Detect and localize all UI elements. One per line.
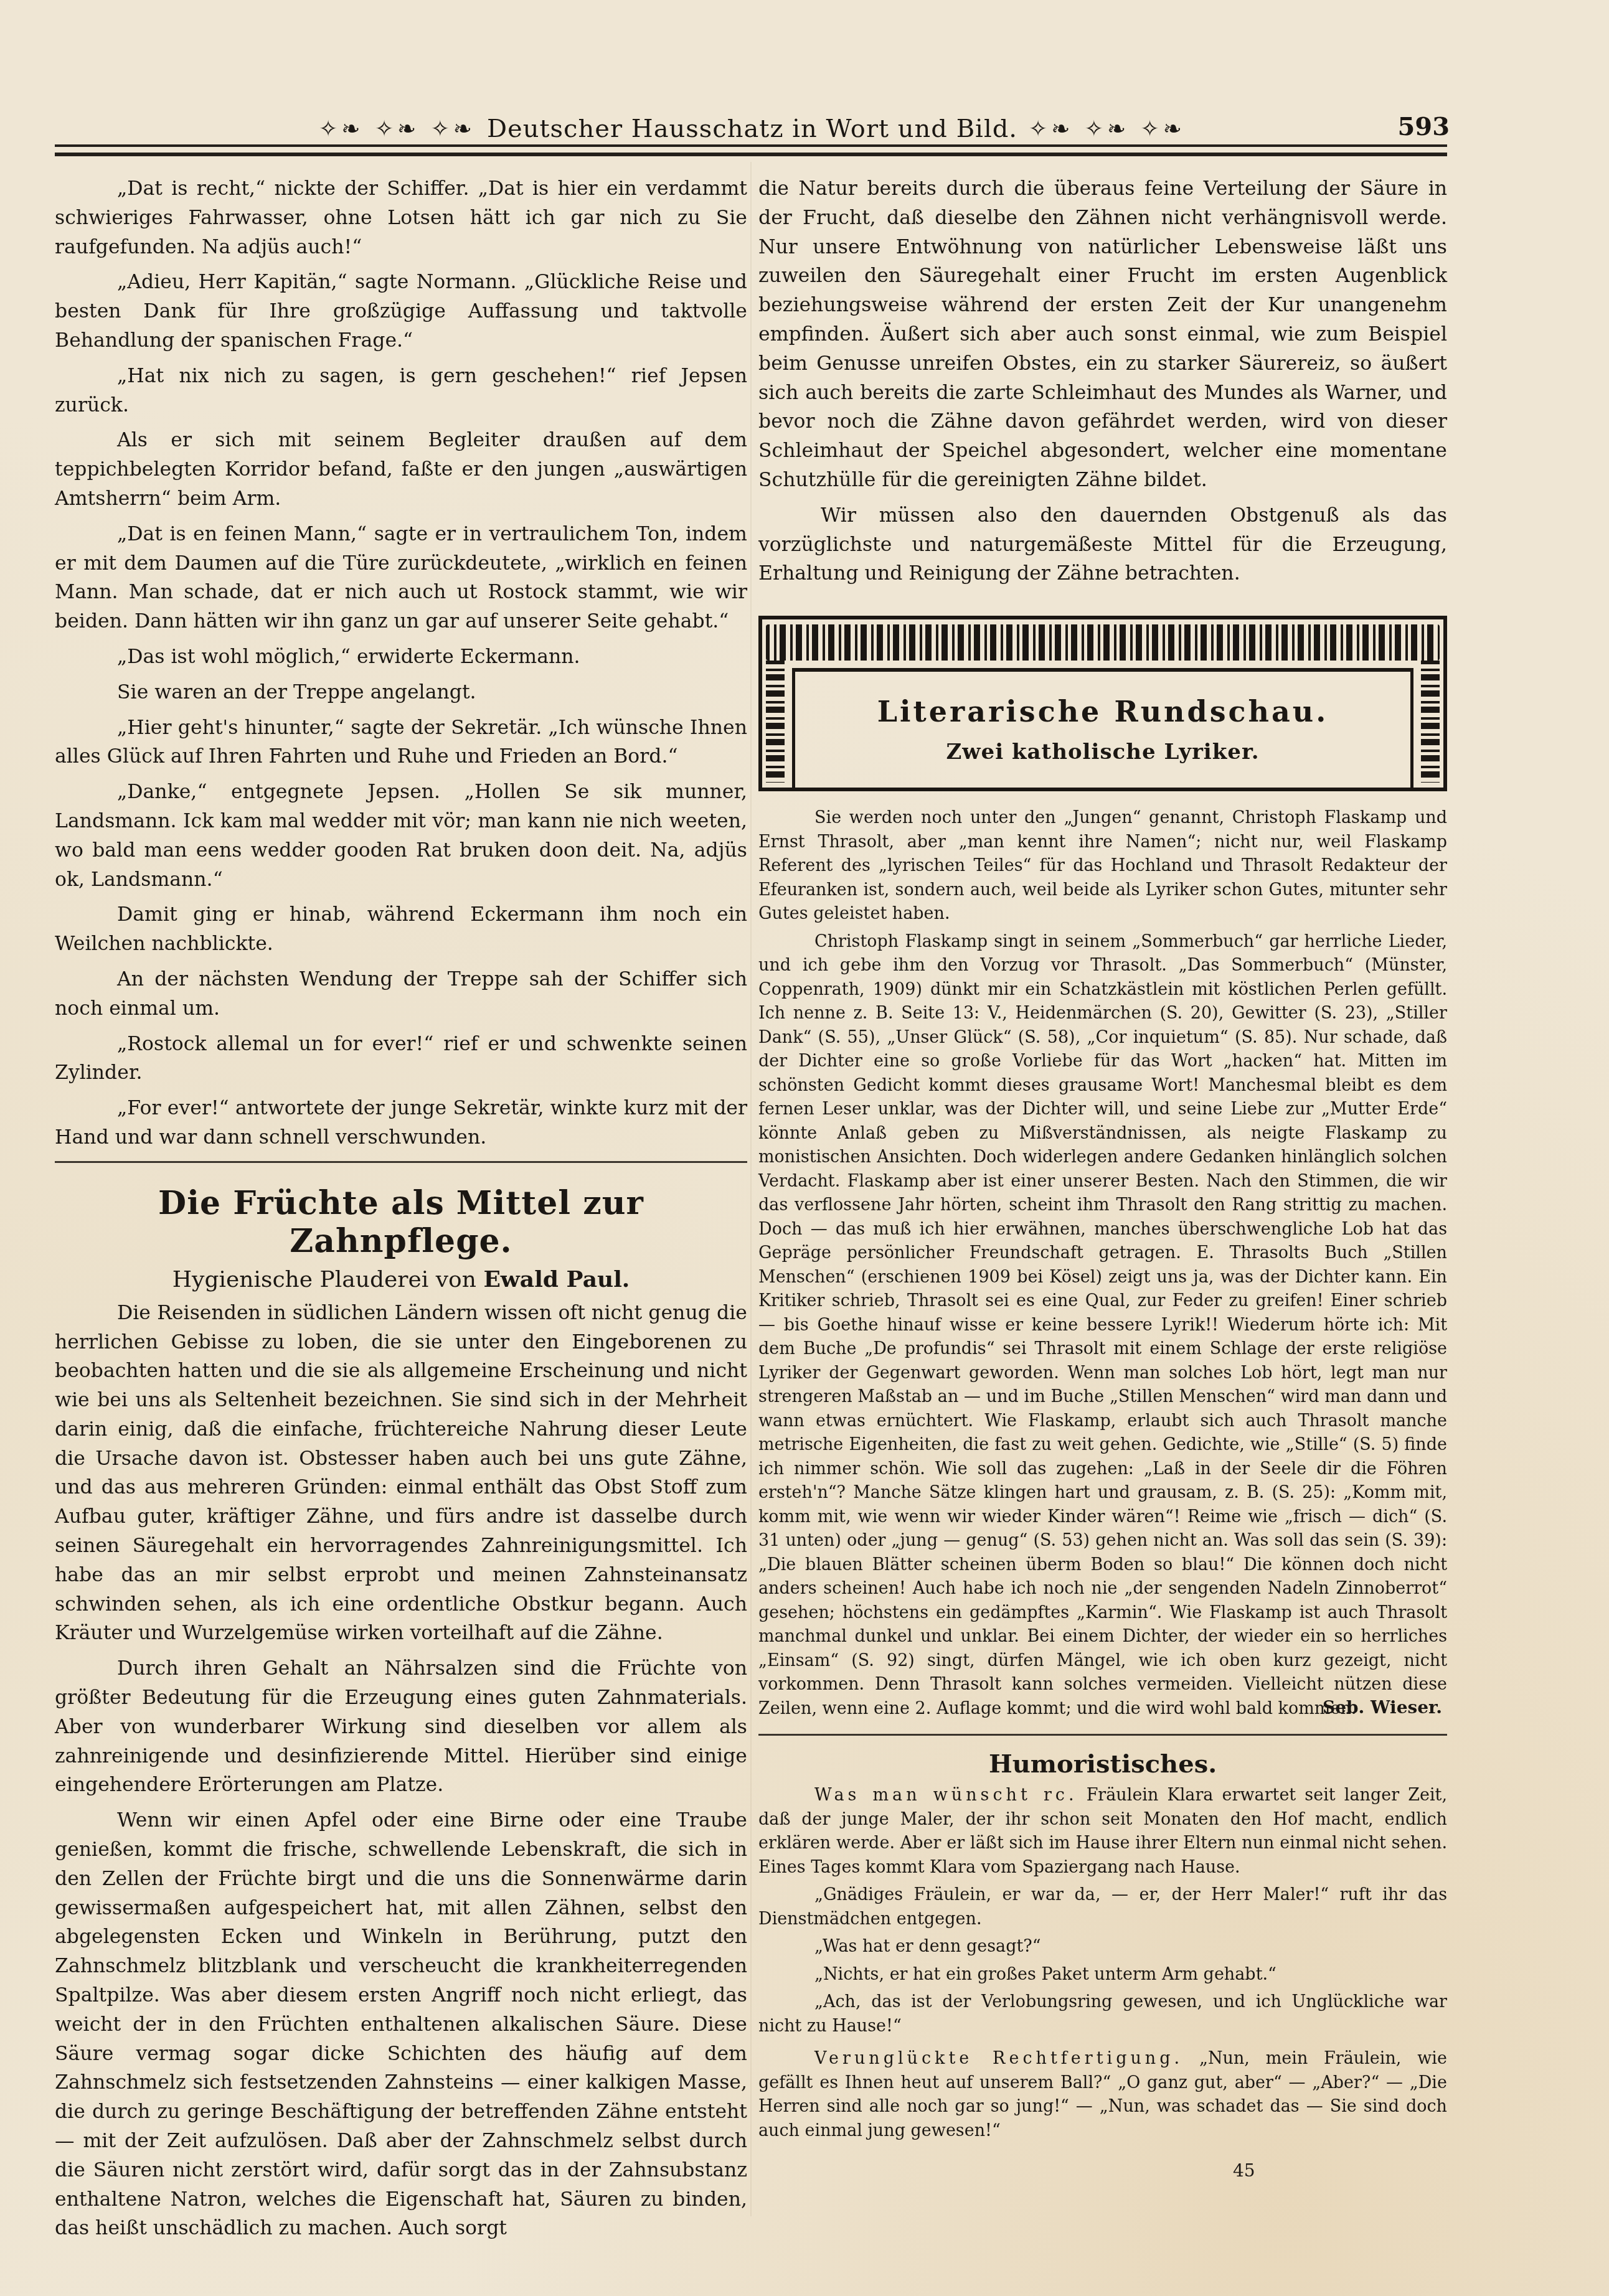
magazine-page: ✧❧ ✧❧ ✧❧ Deutscher Hausschatz in Wort un… xyxy=(0,0,1609,2296)
literary-review-title-panel: Literarische Rundschau. Zwei katholische… xyxy=(792,668,1413,788)
humor-item: „Gnädiges Fräulein, er war da, — er, der… xyxy=(758,1883,1447,1931)
paragraph: Damit ging er hinab, während Eckermann i… xyxy=(55,900,747,959)
humor-item: „Was hat er denn gesagt?“ xyxy=(758,1935,1447,1959)
paragraph: „Rostock allemal un for ever!“ rief er u… xyxy=(55,1030,747,1088)
left-column: „Dat is recht,“ nickte der Schiffer. „Da… xyxy=(55,174,747,2249)
right-column: die Natur bereits durch die überaus fein… xyxy=(758,174,1447,2147)
humor-item: Verunglückte Rechtfertigung. „Nun, mein … xyxy=(758,2047,1447,2143)
paragraph: Sie waren an der Treppe angelangt. xyxy=(55,678,747,707)
paragraph: Durch ihren Gehalt an Nährsalzen sind di… xyxy=(55,1654,747,1800)
paragraph: „For ever!“ antwortete der junge Sekretä… xyxy=(55,1094,747,1152)
humor-item-text: „Was hat er denn gesagt?“ xyxy=(814,1937,1041,1956)
paragraph: Sie werden noch unter den „Jungen“ genan… xyxy=(758,806,1447,926)
literary-review-body: Sie werden noch unter den „Jungen“ genan… xyxy=(758,806,1447,1718)
meander-border-ornament xyxy=(766,624,1440,661)
meander-border-ornament xyxy=(766,661,785,783)
paragraph: An der nächsten Wendung der Treppe sah d… xyxy=(55,965,747,1023)
humor-item: „Ach, das ist der Verlobungsring gewesen… xyxy=(758,1990,1447,2038)
humor-item: Was man wünscht rc. Fräulein Klara erwar… xyxy=(758,1784,1447,1880)
publication-title: Deutscher Hausschatz in Wort und Bild. xyxy=(487,115,1017,143)
humor-item-title: Verunglückte Rechtfertigung. xyxy=(814,2049,1183,2068)
paragraph: die Natur bereits durch die überaus fein… xyxy=(758,174,1447,495)
article-title: Die Früchte als Mittel zur Zahnpflege. xyxy=(55,1184,747,1260)
paragraph: Wir müssen also den dauernden Obstgenuß … xyxy=(758,501,1447,588)
article-byline: Hygienische Plauderei von Ewald Paul. xyxy=(55,1266,747,1292)
page-fold-shadow xyxy=(750,162,752,2216)
article-fruits: Die Früchte als Mittel zur Zahnpflege. H… xyxy=(55,1184,747,2244)
paragraph: „Dat is en feinen Mann,“ sagte er in ver… xyxy=(55,520,747,636)
article-fruits-continued: die Natur bereits durch die überaus fein… xyxy=(758,174,1447,588)
section-title: Humoristisches. xyxy=(758,1749,1447,1779)
humor-item-text: „Nichts, er hat ein großes Paket unterm … xyxy=(814,1965,1276,1984)
paragraph: „Danke,“ entgegnete Jepsen. „Hollen Se s… xyxy=(55,778,747,894)
paragraph: Die Reisenden in südlichen Ländern wisse… xyxy=(55,1299,747,1649)
humor-item: „Nichts, er hat ein großes Paket unterm … xyxy=(758,1963,1447,1987)
humor-item-text: „Ach, das ist der Verlobungsring gewesen… xyxy=(758,1992,1447,2036)
author-name: Ewald Paul. xyxy=(483,1266,630,1292)
meander-border-ornament xyxy=(1421,661,1440,783)
literary-review-header-box: Literarische Rundschau. Zwei katholische… xyxy=(758,616,1447,791)
section-title: Literarische Rundschau. xyxy=(877,695,1329,728)
story-continuation: „Dat is recht,“ nickte der Schiffer. „Da… xyxy=(55,174,747,1152)
running-title: ✧❧ ✧❧ ✧❧ Deutscher Hausschatz in Wort un… xyxy=(319,115,1186,143)
paragraph: Als er sich mit seinem Begleiter draußen… xyxy=(55,426,747,513)
paragraph: Wenn wir einen Apfel oder eine Birne ode… xyxy=(55,1806,747,2243)
signature-mark: 45 xyxy=(1233,2160,1255,2181)
ornament-flourish-icon: ✧❧ ✧❧ ✧❧ xyxy=(1029,116,1186,142)
paragraph: „Das ist wohl möglich,“ erwiderte Eckerm… xyxy=(55,642,747,672)
paragraph: „Adieu, Herr Kapitän,“ sagte Normann. „G… xyxy=(55,268,747,355)
section-divider xyxy=(55,1161,747,1163)
section-subtitle: Zwei katholische Lyriker. xyxy=(946,740,1259,765)
paragraph: „Hat nix nich zu sagen, is gern geschehe… xyxy=(55,362,747,420)
paragraph: Christoph Flaskamp singt in seinem „Somm… xyxy=(758,930,1447,1721)
paragraph: „Dat is recht,“ nickte der Schiffer. „Da… xyxy=(55,174,747,261)
humor-item-text: „Gnädiges Fräulein, er war da, — er, der… xyxy=(758,1885,1447,1929)
page-number: 593 xyxy=(1398,112,1450,141)
ornament-flourish-icon: ✧❧ ✧❧ ✧❧ xyxy=(319,116,476,142)
paragraph: „Hier geht's hinunter,“ sagte der Sekret… xyxy=(55,713,747,772)
header-rule xyxy=(55,153,1447,156)
section-divider xyxy=(758,1734,1447,1736)
humor-item-title: Was man wünscht rc. xyxy=(814,1786,1078,1805)
header-rule xyxy=(55,144,1447,147)
byline-prefix: Hygienische Plauderei von xyxy=(172,1267,476,1292)
humor-section: Humoristisches. Was man wünscht rc. Fräu… xyxy=(758,1749,1447,2143)
